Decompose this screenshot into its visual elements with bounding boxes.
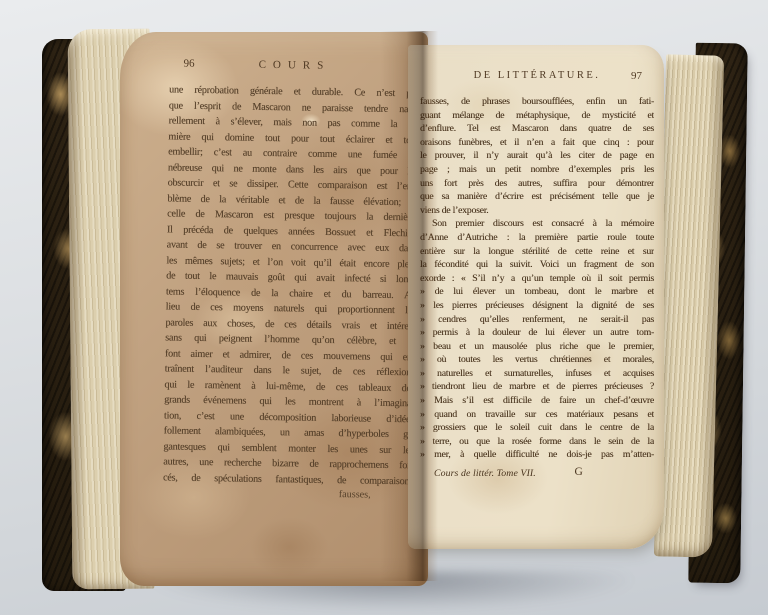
text-line: la fécondité qui la suivit. Voici un fra… [420, 258, 654, 272]
text-line: » les pierres précieuses désignent la di… [420, 299, 654, 313]
photo-background: 96 COURS une réprobation générale et dur… [0, 0, 768, 615]
right-page-edges [654, 54, 724, 557]
text-line: » beau et un mausolée plus riche que le … [420, 340, 654, 354]
text-line: » tiendront lieu de marbre et de pierres… [420, 380, 654, 394]
text-line: viens de l’exposer. [420, 204, 654, 218]
text-line: que sa manière d’écrire est précisément … [420, 190, 654, 204]
text-line: » terre, ou que la rosée forme dans le s… [420, 435, 654, 449]
left-page-content: 96 COURS une réprobation générale et dur… [111, 30, 428, 615]
text-line: » grossiers que le soleil cuit dans le c… [420, 421, 654, 435]
text-line: fausses, de phrases boursoufflées, enfin… [420, 95, 654, 109]
text-line: oraisons funèbres, et il n’en a fait que… [420, 136, 654, 150]
text-line: Son premier discours est consacré à la m… [420, 217, 654, 231]
right-text-paragraph-2: Son premier discours est consacré à la m… [420, 217, 654, 462]
book: 96 COURS une réprobation générale et dur… [40, 25, 746, 597]
text-line: » de lui élever un tombeau, dont le marb… [420, 285, 654, 299]
right-page-content: DE LITTÉRATURE. 97 fausses, de phrases b… [408, 45, 664, 573]
text-line: » quand on travaille sur ces matériaux p… [420, 408, 654, 422]
text-line: page ; mais un petit nombre d’exemples p… [420, 163, 654, 177]
text-line: d’enflure. Tel est Mascaron dans quatre … [420, 122, 654, 136]
right-page-footer: Cours de littér. Tome VII. G [420, 465, 654, 479]
left-page-number: 96 [183, 57, 194, 71]
left-running-title: COURS [169, 56, 419, 74]
text-line: » permis à la douleur de lui élever un a… [420, 326, 654, 340]
text-line: le prouver, il n’y aurait qu’à les citer… [420, 149, 654, 163]
text-line: d’Anne d’Autriche : la première partie r… [420, 231, 654, 245]
left-text-block: une réprobation générale et durable. Ce … [163, 82, 419, 489]
text-line: » cendres qu’elles renferment, ne serait… [420, 313, 654, 327]
text-line: guant mélange de métaphysique, de mystic… [420, 109, 654, 123]
text-line: » Mais s’il est difficile de faire un ch… [420, 394, 654, 408]
right-page-header: DE LITTÉRATURE. 97 [420, 69, 654, 83]
right-running-title: DE LITTÉRATURE. [420, 69, 654, 83]
text-line: uns fort près des autres, suffira pour d… [420, 177, 654, 191]
text-line: » naturelles et surnaturelles, infuses e… [420, 367, 654, 381]
left-page-header: 96 COURS [169, 56, 419, 74]
left-page: 96 COURS une réprobation générale et dur… [120, 32, 428, 586]
right-page: DE LITTÉRATURE. 97 fausses, de phrases b… [408, 45, 664, 549]
right-text-paragraph-1: fausses, de phrases boursoufflées, enfin… [420, 95, 654, 217]
signature-mark: G [574, 465, 582, 479]
text-line: exorde : « S’il n’y a qu’un temple où il… [420, 272, 654, 286]
text-line: entière sur la longue stérilité de cette… [420, 245, 654, 259]
text-line: » mer, à quelle difficulté ne dois-je pa… [420, 448, 654, 462]
right-page-number: 97 [631, 69, 642, 83]
volume-note: Cours de littér. Tome VII. [434, 468, 536, 479]
text-line: » où toutes les vertus chrétiennes et mo… [420, 353, 654, 367]
